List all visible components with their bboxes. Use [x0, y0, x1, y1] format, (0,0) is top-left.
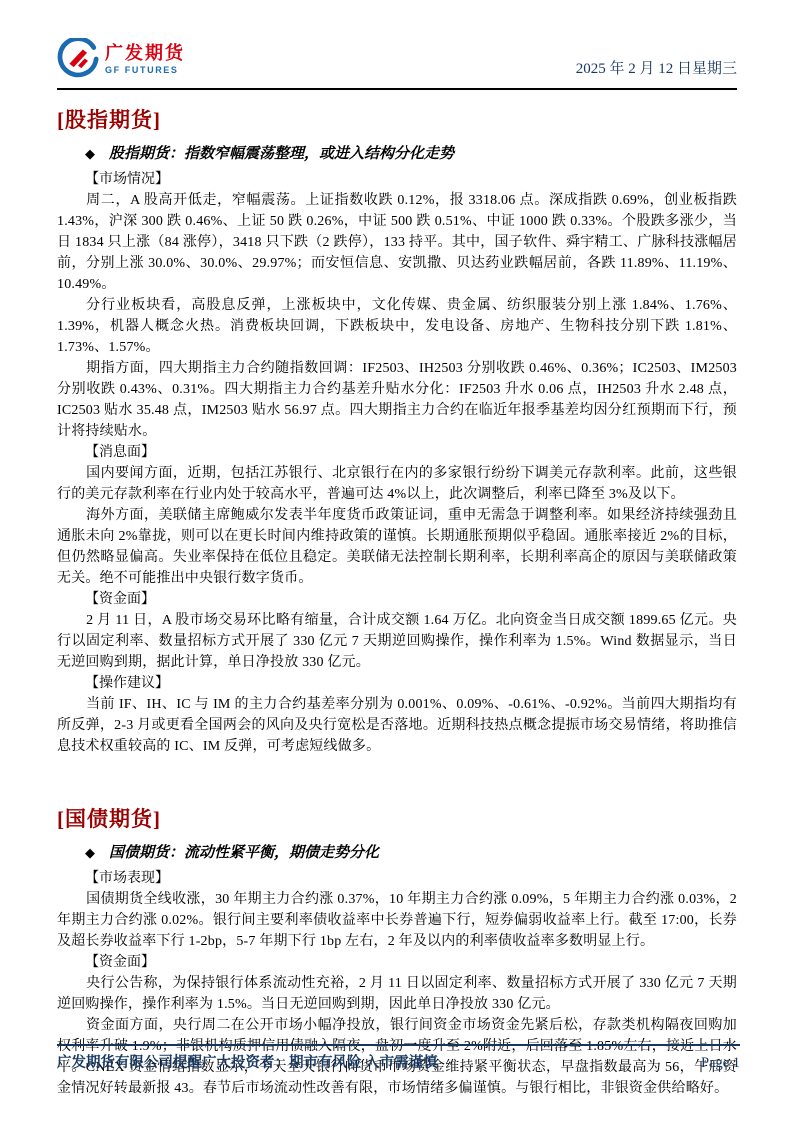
paragraph: 海外方面，美联储主席鲍威尔发表半年度货币政策证词，重申无需急于调整利率。如果经济…	[57, 505, 737, 589]
headline-text: 股指期货：指数窄幅震荡整理，或进入结构分化走势	[109, 142, 454, 163]
paragraph: 当前 IF、IH、IC 与 IM 的主力合约基差率分别为 0.001%、0.09…	[57, 694, 737, 757]
paragraph: 分行业板块看，高股息反弹，上涨板块中，文化传媒、贵金属、纺织服装分别上涨 1.8…	[57, 295, 737, 358]
section-headline: ◆ 国债期货：流动性紧平衡，期债走势分化	[85, 841, 737, 862]
subsection-label-funding: 【资金面】	[85, 952, 737, 973]
section-stock-index-futures: [股指期货] ◆ 股指期货：指数窄幅震荡整理，或进入结构分化走势 【市场情况】 …	[57, 104, 737, 757]
page-number: Page 1	[701, 1055, 740, 1072]
paragraph: 央行公告称，为保持银行体系流动性充裕，2 月 11 日以固定利率、数量招标方式开…	[57, 973, 737, 1015]
paragraph: 周二，A 股高开低走，窄幅震荡。上证指数收跌 0.12%，报 3318.06 点…	[57, 190, 737, 295]
diamond-bullet-icon: ◆	[85, 146, 95, 162]
logo-company-name-en: GF FUTURES	[105, 66, 185, 75]
footer-disclaimer: 广发期货有限公司提醒广大投资者：期市有风险 入市需谨慎	[57, 1051, 438, 1072]
headline-text: 国债期货：流动性紧平衡，期债走势分化	[109, 841, 379, 862]
section-headline: ◆ 股指期货：指数窄幅震荡整理，或进入结构分化走势	[85, 142, 737, 163]
subsection-label-market-conditions: 【市场情况】	[85, 169, 737, 190]
paragraph: 期指方面，四大期指主力合约随指数回调：IF2503、IH2503 分别收跌 0.…	[57, 358, 737, 442]
page-header: 广发期货 GF FUTURES 2025 年 2 月 12 日星期三	[57, 38, 737, 90]
paragraph: 2 月 11 日，A 股市场交易环比略有缩量，合计成交额 1.64 万亿。北向资…	[57, 610, 737, 673]
page-footer: 广发期货有限公司提醒广大投资者：期市有风险 入市需谨慎 Page 1	[57, 1044, 740, 1072]
logo-text: 广发期货 GF FUTURES	[105, 44, 185, 75]
paragraph: 国内要闻方面，近期，包括江苏银行、北京银行在内的多家银行纷纷下调美元存款利率。此…	[57, 463, 737, 505]
subsection-label-operation-advice: 【操作建议】	[85, 673, 737, 694]
section-title-stock-index: [股指期货]	[57, 104, 737, 134]
subsection-label-funding: 【资金面】	[85, 589, 737, 610]
subsection-label-market-performance: 【市场表现】	[85, 868, 737, 889]
gf-futures-logo: 广发期货 GF FUTURES	[57, 38, 185, 80]
subsection-label-news: 【消息面】	[85, 442, 737, 463]
gf-futures-logo-icon	[57, 38, 99, 80]
report-date: 2025 年 2 月 12 日星期三	[576, 57, 737, 80]
logo-company-name: 广发期货	[105, 44, 185, 62]
diamond-bullet-icon: ◆	[85, 845, 95, 861]
section-title-treasury: [国债期货]	[57, 803, 737, 833]
paragraph: 国债期货全线收涨，30 年期主力合约涨 0.37%，10 年期主力合约涨 0.0…	[57, 889, 737, 952]
report-page: 广发期货 GF FUTURES 2025 年 2 月 12 日星期三 [股指期货…	[0, 0, 794, 1123]
